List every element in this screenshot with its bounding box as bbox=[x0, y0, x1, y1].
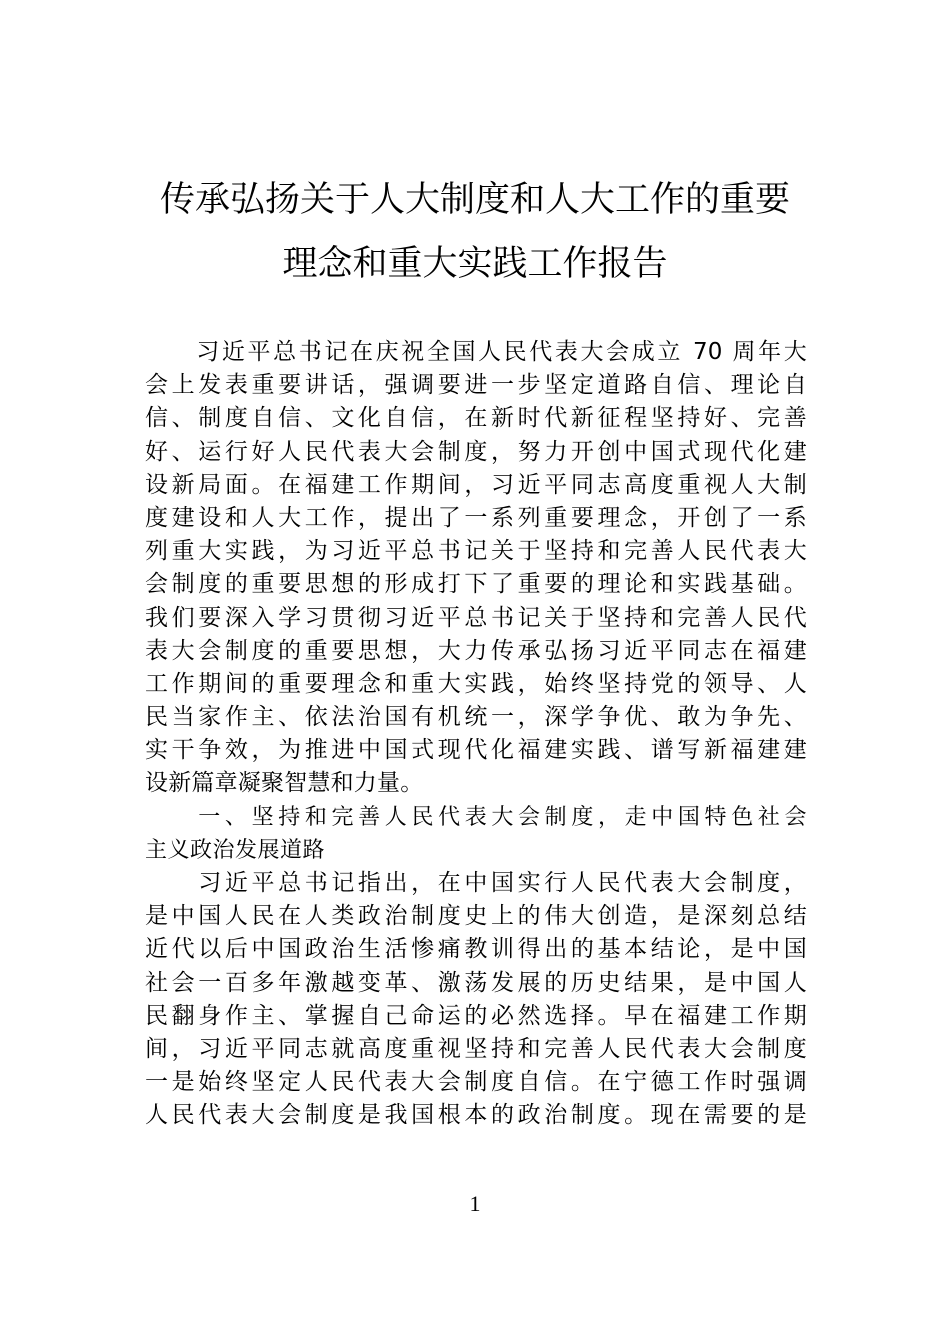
text-line: 一是始终坚定人民代表大会制度自信。在宁德工作时强调 bbox=[145, 1066, 807, 1099]
heading-line: 一、坚持和完善人民代表大会制度，走中国特色社会 bbox=[145, 801, 807, 834]
text-line: 民翻身作主、掌握自己命运的必然选择。早在福建工作期 bbox=[145, 1000, 807, 1033]
text-line: 习近平总书记指出，在中国实行人民代表大会制度， bbox=[145, 867, 807, 900]
text-line: 好、运行好人民代表大会制度，努力开创中国式现代化建 bbox=[145, 436, 807, 469]
text-line: 人民代表大会制度是我国根本的政治制度。现在需要的是 bbox=[145, 1099, 807, 1132]
text-line: 度建设和人大工作，提出了一系列重要理念，开创了一系 bbox=[145, 502, 807, 535]
heading-line: 主义政治发展道路 bbox=[145, 834, 807, 867]
text-line: 是中国人民在人类政治制度史上的伟大创造，是深刻总结 bbox=[145, 900, 807, 933]
text-line: 间，习近平同志就高度重视坚持和完善人民代表大会制度 bbox=[145, 1033, 807, 1066]
document-body: 习近平总书记在庆祝全国人民代表大会成立 70 周年大 会上发表重要讲话，强调要进… bbox=[145, 336, 807, 1133]
text-line: 实干争效，为推进中国式现代化福建实践、谱写新福建建 bbox=[145, 734, 807, 767]
text-line: 设新篇章凝聚智慧和力量。 bbox=[145, 767, 807, 800]
title-line-1: 传承弘扬关于人大制度和人大工作的重要 bbox=[140, 168, 810, 232]
paragraph-section-1: 习近平总书记指出，在中国实行人民代表大会制度， 是中国人民在人类政治制度史上的伟… bbox=[145, 867, 807, 1133]
title-line-2: 理念和重大实践工作报告 bbox=[140, 232, 810, 296]
paragraph-intro: 习近平总书记在庆祝全国人民代表大会成立 70 周年大 会上发表重要讲话，强调要进… bbox=[145, 336, 807, 801]
text-line: 列重大实践，为习近平总书记关于坚持和完善人民代表大 bbox=[145, 535, 807, 568]
document-page: 传承弘扬关于人大制度和人大工作的重要 理念和重大实践工作报告 习近平总书记在庆祝… bbox=[0, 0, 950, 1344]
text-line: 表大会制度的重要思想，大力传承弘扬习近平同志在福建 bbox=[145, 635, 807, 668]
text-line: 会上发表重要讲话，强调要进一步坚定道路自信、理论自 bbox=[145, 369, 807, 402]
section-heading-1: 一、坚持和完善人民代表大会制度，走中国特色社会 主义政治发展道路 bbox=[145, 801, 807, 867]
text-line: 近代以后中国政治生活惨痛教训得出的基本结论，是中国 bbox=[145, 933, 807, 966]
text-line: 我们要深入学习贯彻习近平总书记关于坚持和完善人民代 bbox=[145, 602, 807, 635]
page-number: 1 bbox=[0, 1190, 950, 1218]
text-line: 工作期间的重要理念和重大实践，始终坚持党的领导、人 bbox=[145, 668, 807, 701]
document-title: 传承弘扬关于人大制度和人大工作的重要 理念和重大实践工作报告 bbox=[140, 168, 810, 296]
text-line: 习近平总书记在庆祝全国人民代表大会成立 70 周年大 bbox=[145, 336, 807, 369]
text-line: 社会一百多年激越变革、激荡发展的历史结果，是中国人 bbox=[145, 967, 807, 1000]
text-line: 民当家作主、依法治国有机统一，深学争优、敢为争先、 bbox=[145, 701, 807, 734]
text-line: 会制度的重要思想的形成打下了重要的理论和实践基础。 bbox=[145, 568, 807, 601]
text-line: 设新局面。在福建工作期间，习近平同志高度重视人大制 bbox=[145, 469, 807, 502]
text-line: 信、制度自信、文化自信，在新时代新征程坚持好、完善 bbox=[145, 402, 807, 435]
